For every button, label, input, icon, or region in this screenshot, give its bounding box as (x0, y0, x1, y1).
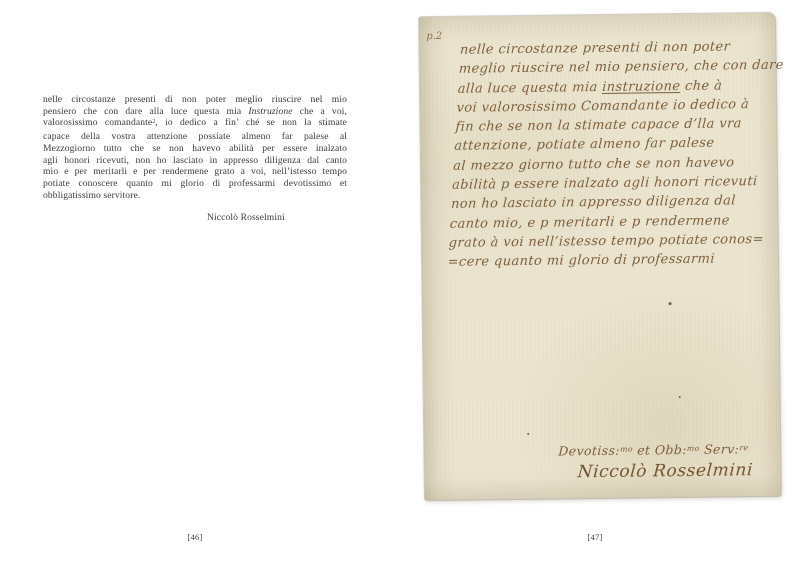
manuscript-text-block: nelle circostanze presenti di non poterm… (447, 37, 774, 273)
transcription-line: valorosissimo comandante2, io dedico a f… (43, 117, 347, 131)
transcription-line: mio e per meritarli e per rendermene gra… (43, 166, 347, 178)
manuscript-valediction: Devotiss:mo et Obb:mo Serv:re (558, 441, 749, 458)
transcription-line: pensiero che con dare alla luce questa m… (43, 106, 347, 118)
manuscript-line: =cere quanto mi glorio di professarmi (447, 249, 762, 272)
author-signature: Niccolò Rosselmini (43, 212, 347, 224)
manuscript-scan: p.2 nelle circostanze presenti di non po… (419, 13, 781, 500)
transcription-line: potiate conoscere quanto mi glorio di pr… (43, 178, 347, 190)
page-number-right: [47] (422, 532, 768, 542)
ink-spot (679, 396, 681, 398)
manuscript-line: meglio riuscire nel mio pensiero, che co… (458, 56, 773, 79)
transcription-lines: nelle circostanze presenti di non poter … (43, 94, 347, 190)
transcription-line: agli honori ricevuti, non ho lasciato in… (43, 155, 347, 167)
folio-annotation: p.2 (426, 31, 442, 42)
manuscript-signature: Niccolò Rosselmini (576, 460, 753, 482)
page-number-left: [46] (43, 532, 347, 542)
ink-spot (669, 302, 672, 305)
book-spread: nelle circostanze presenti di non poter … (0, 0, 800, 564)
transcription-line: Mezzogiorno tutto che se non havevo abil… (43, 143, 347, 155)
transcription-paragraph: nelle circostanze presenti di non poter … (43, 94, 347, 224)
transcription-line: nelle circostanze presenti di non poter … (43, 94, 347, 106)
transcription-line: capace della vostra attenzione possiate … (43, 131, 347, 143)
transcription-last-line: obbligatissimo servitore. (43, 190, 347, 202)
ink-spot (527, 433, 529, 435)
